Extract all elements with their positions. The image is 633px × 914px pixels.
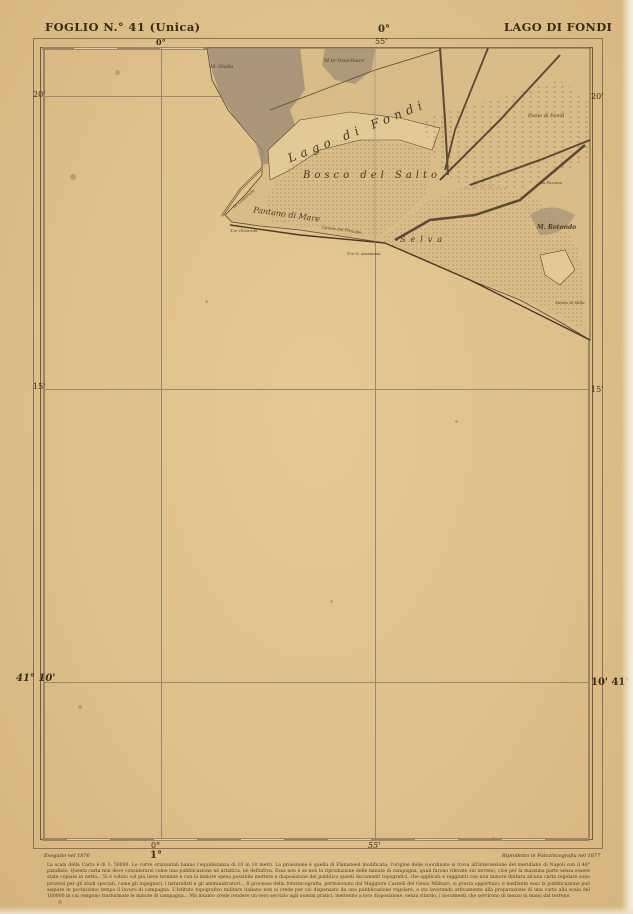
map-label-monte-mola: Monte di Mola [555,300,585,305]
foxing-stain [70,174,76,180]
reproduction-note: Riprodotto in Fotozincografia nel 1877 [502,853,600,859]
map-label-plain: Piano di Fondi [528,113,564,119]
map-label-selva: Selva [400,235,447,244]
foxing-stain [330,600,333,603]
map-label-tower2: T.re Olivarola [230,228,257,233]
map-label-hill2: M. Giulia [210,64,233,70]
map-label-mount: M. Rotondo [537,224,576,231]
map-label-forest: Bosco del Salto [303,170,441,181]
map-sheet: FOGLIO N.° 41 (Unica) LAGO DI FONDI 0° 0… [0,0,633,914]
map-label-fiorana: La Fiorana [540,180,562,185]
paper-edge [621,0,633,914]
foxing-stain [115,70,120,75]
map-label-hill: M.te Ossichiaro [324,58,364,64]
foxing-stain [58,900,62,904]
survey-date: Eseguito nel 1876 [44,853,90,859]
map-label-tower1: T.re S. Anastasia [347,251,381,256]
topographic-map [0,0,633,914]
scale-explanation-note: La scala della Carta è di 1: 50000. Le c… [47,863,590,900]
paper-edge [0,906,633,914]
foxing-stain [205,300,208,303]
foxing-stain [455,420,458,423]
foxing-stain [492,837,495,840]
foxing-stain [78,705,82,709]
